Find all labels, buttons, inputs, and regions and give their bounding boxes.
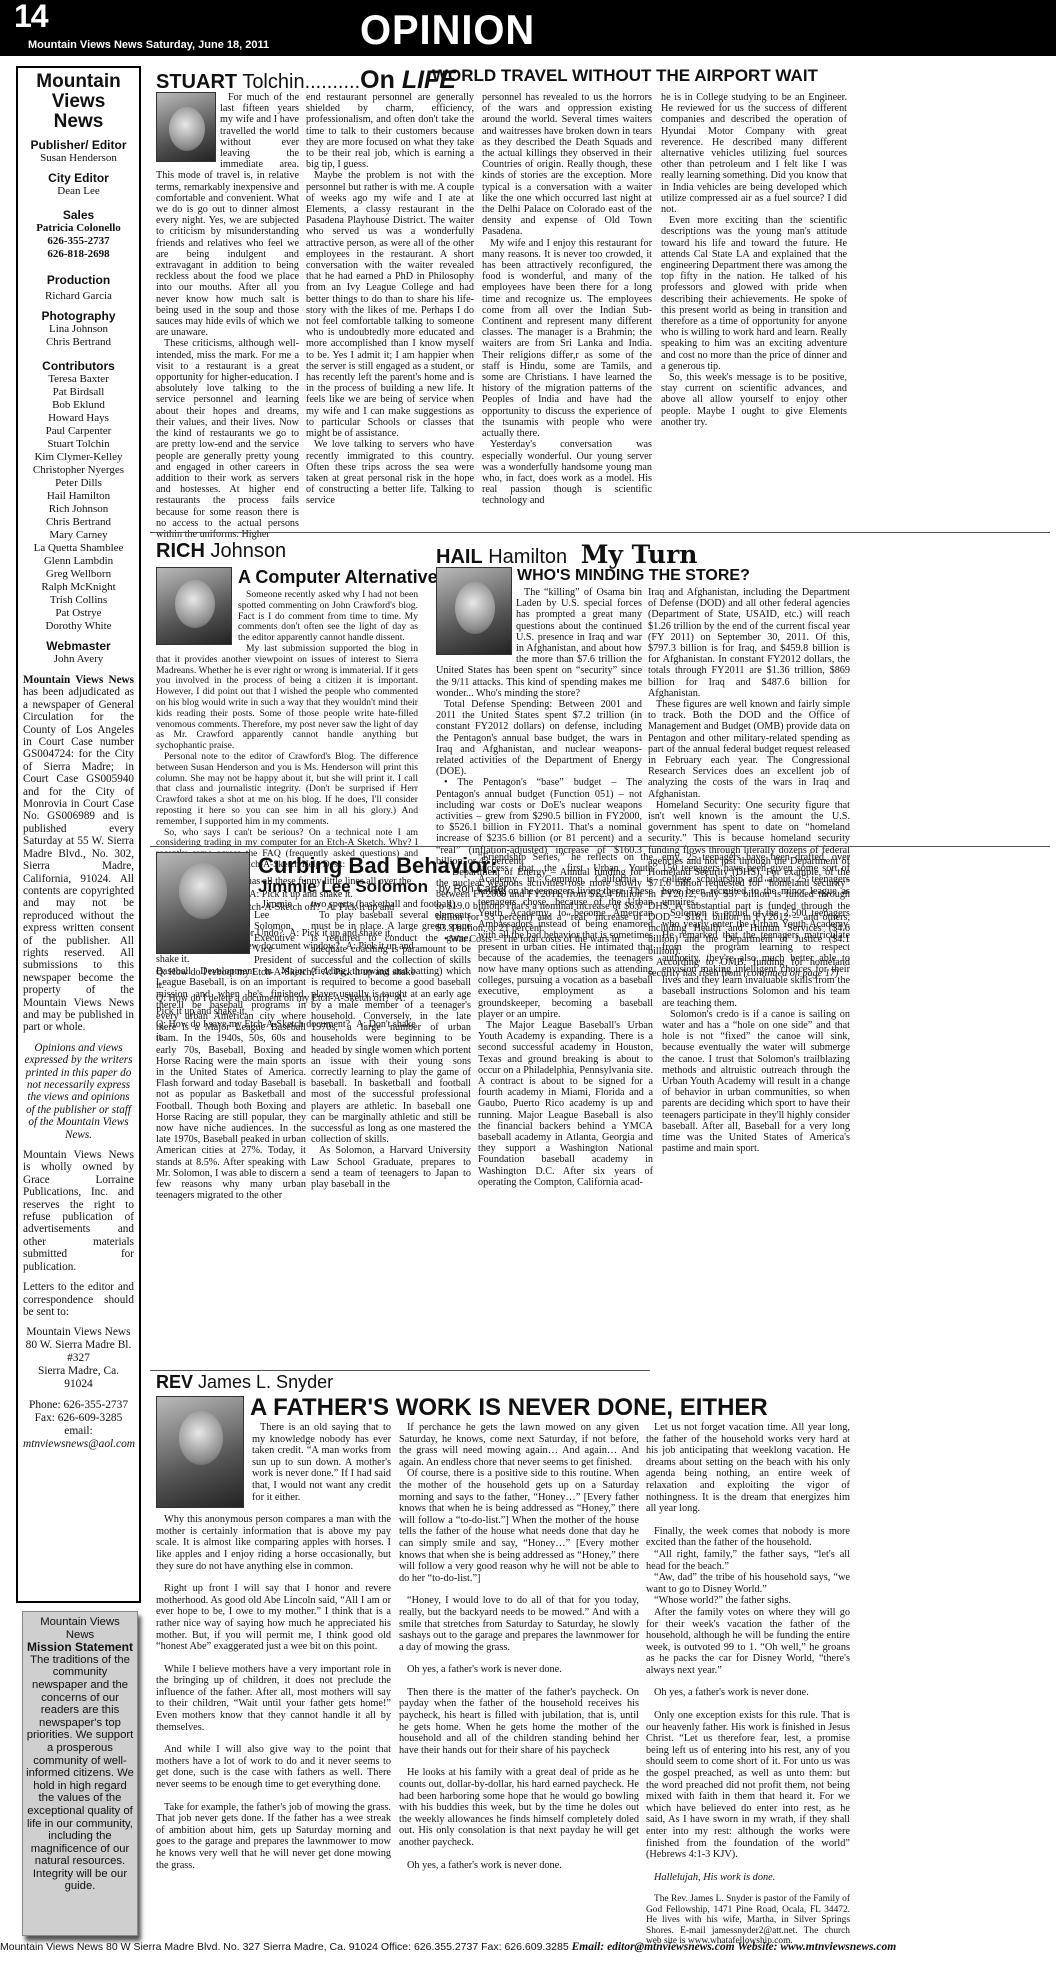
opinions-disclaimer: Opinions and views expressed by the writ…	[23, 1042, 134, 1141]
paragraph: Of course, there is a positive side to t…	[399, 1468, 639, 1584]
contributor-name: Kim Clymer-Kelley	[23, 451, 134, 464]
hamilton-byline: HAIL Hamilton My Turn	[436, 540, 697, 569]
paragraph: Solomon's credo is if a canoe is sailing…	[662, 1009, 850, 1155]
paragraph: “All right, family,” the father says, “l…	[646, 1549, 850, 1572]
paragraph: After the family votes on where they wil…	[646, 1607, 850, 1677]
fax: Fax: 626-609-3285	[23, 1412, 134, 1425]
contributor-name: Stuart Tolchin	[23, 438, 134, 451]
carter-col-2: two sports (basketball and football). To…	[311, 899, 471, 1190]
paragraph: As Solomon, a Harvard University Law Sch…	[311, 1145, 471, 1190]
contributor-name: Hail Hamilton	[23, 490, 134, 503]
paragraph: Then there is the matter of the father's…	[399, 1687, 639, 1757]
contributor-name: Greg Wellborn	[23, 568, 134, 581]
paragraph: Oh yes, a father's work is never done.	[399, 1860, 639, 1872]
section-title: OPINION	[360, 6, 535, 54]
byline-first: RICH	[156, 540, 205, 562]
sales-phone: 626-818-2698	[23, 248, 134, 261]
paragraph: end restaurant personnel are generally s…	[306, 92, 474, 170]
paragraph: Oh yes, a father's work is never done.	[646, 1687, 850, 1699]
staff-box: Mountain Views News Publisher/ Editor Su…	[16, 66, 141, 1603]
contributor-name: Rich Johnson	[23, 503, 134, 516]
contributor-name: Pat Birdsall	[23, 386, 134, 399]
paragraph: So, this week's message is to be positiv…	[661, 372, 847, 428]
paragraph: Total Defense Spending: Between 2001 and…	[436, 699, 642, 777]
snyder-byline: REV James L. Snyder	[156, 1372, 333, 1393]
paragraph: emy, 25 teenagers have been drafted, ove…	[662, 852, 850, 908]
carter-col-1: Jimmie Lee Solomon, Executive Vice Presi…	[156, 899, 306, 1201]
contributor-name: Dorothy White	[23, 620, 134, 633]
contributor-name: Ralph McKnight	[23, 581, 134, 594]
address-line: Mountain Views News	[23, 1326, 134, 1339]
paragraph: Personal note to the editor of Crawford'…	[156, 752, 418, 828]
photographer-name: Lina Johnson	[23, 323, 134, 336]
tolchin-headline: WORLD TRAVEL WITHOUT THE AIRPORT WAIT	[432, 66, 818, 86]
phone: Phone: 626-355-2737	[23, 1399, 134, 1412]
contributor-name: La Quetta Shamblee	[23, 542, 134, 555]
subject-name: Jimmie Lee Solomon	[258, 877, 428, 896]
email-label: email:	[23, 1425, 134, 1438]
paragraph: My wife and I enjoy this restaurant for …	[482, 238, 652, 440]
johnson-byline: RICH Johnson	[156, 540, 286, 563]
adjudication-bold: Mountain Views News	[23, 674, 134, 686]
mission-text: The traditions of the community newspape…	[25, 1654, 135, 1893]
masthead: 14 Mountain Views News Saturday, June 18…	[0, 0, 1056, 56]
paragraph: two sports (basketball and football).	[311, 899, 471, 910]
byline-first: REV	[156, 1372, 193, 1392]
section-divider	[150, 1370, 650, 1371]
contributor-name: Christopher Nyerges	[23, 464, 134, 477]
role-contributors: Contributors	[23, 359, 134, 373]
paragraph: “Whose world?” the father sighs.	[646, 1595, 850, 1607]
snyder-col-2: If perchance he gets the lawn mowed on a…	[399, 1422, 639, 1871]
paragraph: Take for example, the father's job of mo…	[156, 1802, 391, 1872]
paragraph: If perchance he gets the lawn mowed on a…	[399, 1422, 639, 1468]
paragraph: We love talking to servers who have rece…	[306, 439, 474, 506]
paragraph: “Honey, I would love to do all of that f…	[399, 1595, 639, 1653]
contributors-list: Teresa BaxterPat BirdsallBob EklundHowar…	[23, 373, 134, 633]
paragraph: Finally, the week comes that nobody is m…	[646, 1526, 850, 1549]
paragraph: Only one exception exists for this rule.…	[646, 1710, 850, 1861]
paragraph: The Major League Baseball's Urban Youth …	[478, 1020, 653, 1188]
contributor-name: Paul Carpenter	[23, 425, 134, 438]
brand-line: News	[23, 112, 134, 132]
tolchin-col-1: For much of the last fifteen years my wi…	[156, 92, 299, 540]
section-divider	[150, 532, 1050, 533]
footer-email[interactable]: Email: editor@mtnviewsnews.com	[572, 1941, 735, 1953]
city-editor-name: Dean Lee	[23, 185, 134, 198]
contributor-name: Trish Collins	[23, 594, 134, 607]
role-webmaster: Webmaster	[23, 639, 134, 653]
photographer-name: Chris Bertrand	[23, 336, 134, 349]
paragraph: “Aw, dad” the tribe of his household say…	[646, 1572, 850, 1595]
carter-col-3: “Friendship Series,” he reflects on the …	[478, 852, 653, 1188]
paragraph: While I believe mothers have a very impo…	[156, 1664, 391, 1734]
byline-last: Tolchin..........	[242, 71, 360, 93]
brand-name: Mountain Views News	[23, 72, 134, 132]
mission-heading: Mission Statement	[25, 1641, 135, 1654]
tolchin-col-3: personnel has revealed to us the horrors…	[482, 92, 652, 507]
footer-website[interactable]: Website: www.mtnviewsnews.com	[737, 1941, 896, 1953]
paragraph: Let us not forget vacation time. All yea…	[646, 1422, 850, 1515]
byline-last: Johnson	[210, 540, 286, 562]
contributor-name: Bob Eklund	[23, 399, 134, 412]
paragraph: he is in College studying to be an Engin…	[661, 92, 847, 215]
letters-notice: Letters to the editor and correspondence…	[23, 1281, 134, 1318]
contributor-name: Glenn Lambdin	[23, 555, 134, 568]
johnson-headline: A Computer Alternative	[238, 567, 438, 588]
role-photography: Photography	[23, 309, 134, 323]
sales-phone: 626-355-2737	[23, 235, 134, 248]
byline-first: HAIL	[436, 546, 483, 568]
address-line: Sierra Madre, Ca.	[23, 1365, 134, 1378]
author-bio: The Rev. James L. Snyder is pastor of th…	[646, 1894, 850, 1946]
paragraph: Maybe the problem is not with the person…	[306, 170, 474, 439]
email-link[interactable]: mtnviewsnews@aol.com	[23, 1438, 134, 1451]
brand-line: Views	[23, 92, 134, 112]
adjudication-notice: Mountain Views News has been adjudicated…	[23, 674, 134, 1034]
address-line: 91024	[23, 1378, 134, 1391]
paragraph: Right up front I will say that I honor a…	[156, 1583, 391, 1653]
hamilton-headline: WHO'S MINDING THE STORE?	[517, 567, 750, 585]
paragraph: These criticisms, although well-intended…	[156, 338, 299, 540]
paragraph: My last submission supported the blog in…	[156, 644, 418, 752]
carter-headline: Curbing Bad Behavior:	[258, 853, 498, 879]
mailing-address: Mountain Views News 80 W. Sierra Madre B…	[23, 1326, 134, 1391]
paragraph: Even more exciting than the scientific d…	[661, 215, 847, 372]
role-production: Production	[23, 273, 134, 287]
tolchin-col-4: he is in College studying to be an Engin…	[661, 92, 847, 428]
page-number: 14	[14, 0, 48, 35]
tolchin-byline: STUART Tolchin..........On LIFE	[156, 66, 456, 95]
snyder-headline: A FATHER'S WORK IS NEVER DONE, EITHER	[250, 1394, 768, 1422]
paragraph: Hallelujah, His work is done.	[646, 1872, 850, 1884]
snyder-col-3: Let us not forget vacation time. All yea…	[646, 1422, 850, 1946]
contributor-name: Teresa Baxter	[23, 373, 134, 386]
mission-statement: Mountain Views News Mission Statement Th…	[22, 1611, 138, 1936]
contributor-name: Mary Carney	[23, 529, 134, 542]
sales-name: Patricia Colonello	[23, 222, 134, 235]
mission-title: Mountain Views News	[25, 1616, 135, 1641]
paragraph: Iraq and Afghanistan, including the Depa…	[648, 587, 850, 699]
carter-col-4: emy, 25 teenagers have been drafted, ove…	[662, 852, 850, 1154]
paragraph: To play baseball several elements must b…	[311, 910, 471, 1145]
webmaster-name: John Avery	[23, 653, 134, 666]
paragraph: personnel has revealed to us the horrors…	[482, 92, 652, 238]
paragraph: Solomon is proud of the 2,500 teenagers …	[662, 908, 850, 1009]
role-sales: Sales	[23, 208, 134, 222]
paragraph: “Friendship Series,” he reflects on the …	[478, 852, 653, 1020]
production-name: Richard Garcia	[23, 290, 134, 303]
column-name: My Turn	[581, 540, 698, 569]
contributor-name: Peter Dills	[23, 477, 134, 490]
address-line: #327	[23, 1352, 134, 1365]
contact-info: Phone: 626-355-2737 Fax: 626-609-3285 em…	[23, 1399, 134, 1451]
adjudication-text: has been adjudicated as a newspaper of G…	[23, 686, 134, 1033]
byline-last: James L. Snyder	[198, 1372, 333, 1392]
paragraph: Oh yes, a father's work is never done.	[399, 1664, 639, 1676]
publisher-name: Susan Henderson	[23, 152, 134, 165]
role-city-editor: City Editor	[23, 171, 134, 185]
section-divider	[150, 846, 1050, 847]
paragraph: Why this anonymous person compares a man…	[156, 1514, 391, 1572]
paragraph: And while I will also give way to the po…	[156, 1744, 391, 1790]
tolchin-col-2: end restaurant personnel are generally s…	[306, 92, 474, 507]
contributor-name: Howard Hays	[23, 412, 134, 425]
column-name: On	[360, 66, 402, 94]
byline-last: Hamilton	[488, 546, 567, 568]
carter-subheadline: Jimmie Lee Solomon by Ron Carter	[258, 877, 507, 897]
footer-address: Mountain Views News 80 W Sierra Madre Bl…	[0, 1941, 569, 1953]
dateline: Mountain Views News Saturday, June 18, 2…	[28, 39, 269, 51]
byline-first: STUART	[156, 71, 237, 93]
brand-line: Mountain	[23, 72, 134, 92]
address-line: 80 W. Sierra Madre Bl.	[23, 1339, 134, 1352]
page-footer: Mountain Views News 80 W Sierra Madre Bl…	[0, 1941, 1056, 1953]
role-publisher: Publisher/ Editor	[23, 138, 134, 152]
paragraph: He looks at his family with a great deal…	[399, 1767, 639, 1848]
ownership-notice: Mountain Views News is wholly owned by G…	[23, 1149, 134, 1273]
paragraph: Yesterday's conversation was especially …	[482, 439, 652, 506]
contributor-name: Pat Ostrye	[23, 607, 134, 620]
snyder-col-1: There is an old saying that to my knowle…	[156, 1422, 391, 1871]
contributor-name: Chris Bertrand	[23, 516, 134, 529]
paragraph: These figures are well known and fairly …	[648, 699, 850, 800]
